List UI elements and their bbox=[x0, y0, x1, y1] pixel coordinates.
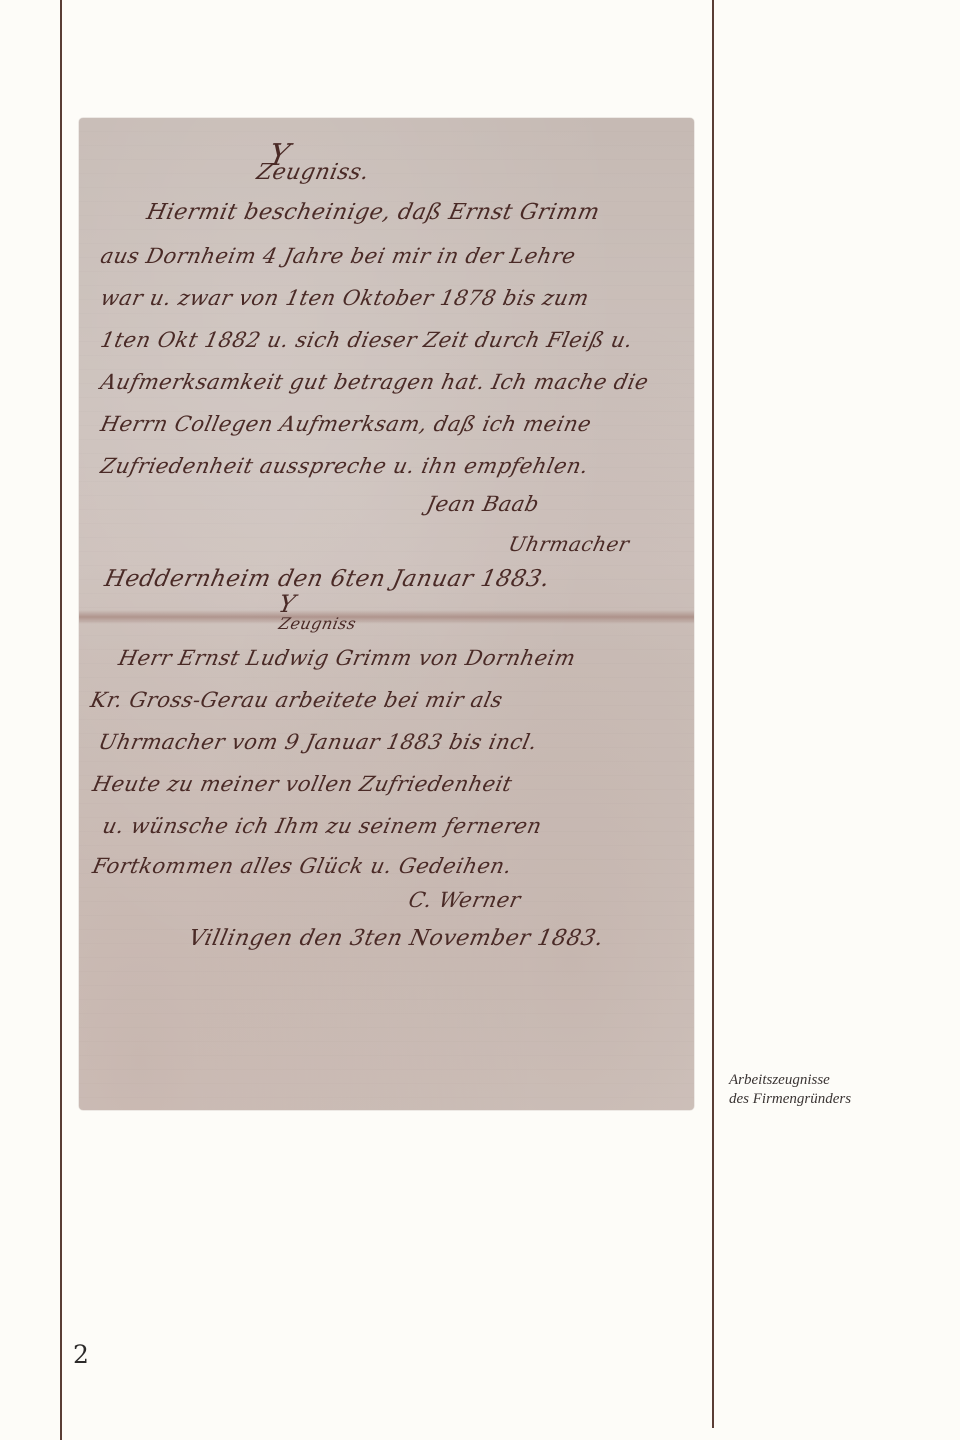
certificate-2-line: Herr Ernst Ludwig Grimm von Dornheim bbox=[116, 646, 577, 670]
certificate-1-line: Zufriedenheit ausspreche u. ihn empfehle… bbox=[98, 454, 590, 478]
certificate-2-line: Heute zu meiner vollen Zufriedenheit bbox=[90, 772, 514, 796]
certificate-2-place-date: Villingen den 3ten November 1883. bbox=[186, 926, 606, 951]
certificate-1-heading: Zeugniss. bbox=[254, 160, 371, 185]
certificate-1-line: Herrn Collegen Aufmerksam, daß ich meine bbox=[98, 412, 593, 436]
certificate-1-profession: Uhrmacher bbox=[506, 532, 631, 556]
handwritten-certificate-photo: Y Zeugniss. Hiermit bescheinige, daß Ern… bbox=[79, 118, 694, 1110]
certificate-2-signature: C. Werner bbox=[406, 888, 523, 912]
certificate-1-signature: Jean Baab bbox=[424, 492, 541, 516]
certificate-2-line: Fortkommen alles Glück u. Gedeihen. bbox=[90, 854, 514, 878]
certificate-1-line: 1ten Okt 1882 u. sich dieser Zeit durch … bbox=[98, 328, 635, 352]
certificate-1-line: Hiermit bescheinige, daß Ernst Grimm bbox=[144, 200, 602, 225]
certificate-1-place-date: Heddernheim den 6ten Januar 1883. bbox=[102, 566, 552, 592]
caption-line: des Firmengründers bbox=[729, 1090, 851, 1109]
certificate-2-line: u. wünsche ich Ihm zu seinem ferneren bbox=[100, 814, 544, 838]
certificate-1-line: Aufmerksamkeit gut betragen hat. Ich mac… bbox=[98, 370, 650, 394]
certificate-1-line: war u. zwar von 1ten Oktober 1878 bis zu… bbox=[98, 286, 591, 310]
figure-caption: Arbeitszeugnisse des Firmengründers bbox=[729, 1071, 851, 1109]
paper-fold-crease bbox=[79, 610, 694, 624]
certificate-2-line: Uhrmacher vom 9 Januar 1883 bis incl. bbox=[96, 730, 539, 754]
right-margin-rule bbox=[712, 0, 714, 1428]
page-number: 2 bbox=[73, 1340, 89, 1369]
certificate-2-line: Kr. Gross-Gerau arbeitete bei mir als bbox=[88, 688, 505, 712]
caption-line: Arbeitszeugnisse bbox=[729, 1071, 851, 1090]
certificate-2-heading: Zeugniss bbox=[277, 614, 358, 633]
certificate-1-line: aus Dornheim 4 Jahre bei mir in der Lehr… bbox=[98, 244, 578, 268]
left-margin-rule bbox=[60, 0, 62, 1440]
